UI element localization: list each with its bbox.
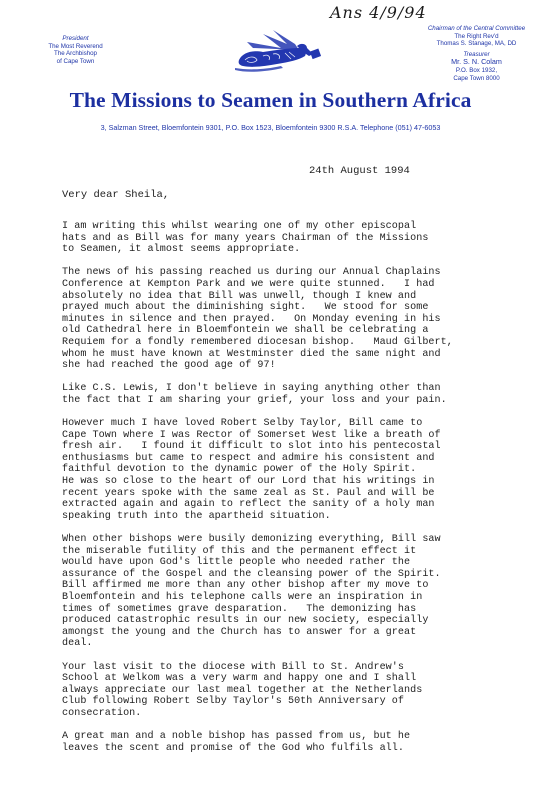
president-line: of Cape Town [38, 58, 113, 66]
paragraph: However much I have loved Robert Selby T… [62, 418, 532, 522]
paragraph: Your last visit to the diocese with Bill… [62, 662, 532, 720]
flying-angel-logo-icon [233, 26, 325, 74]
paragraph: I am writing this whilst wearing one of … [62, 221, 532, 256]
letter-date: 24th August 1994 [309, 165, 410, 177]
president-info: President The Most Reverend The Archbish… [38, 35, 113, 65]
chairman-line: Thomas S. Stanage, MA, DD [424, 40, 529, 48]
treasurer-name: Mr. S. N. Colam [424, 58, 529, 67]
paragraph: When other bishops were busily demonizin… [62, 534, 532, 650]
treasurer-line: P.O. Box 1932, [424, 67, 529, 75]
chairman-line: The Right Rev'd [424, 33, 529, 41]
salutation: Very dear Sheila, [62, 189, 169, 201]
president-line: The Archbishop [38, 50, 113, 58]
handwritten-note: Ans 4/9/94 [330, 3, 427, 22]
chairman-role: Chairman of the Central Committee [424, 25, 529, 33]
organization-title: The Missions to Seamen in Southern Afric… [0, 88, 541, 113]
paragraph: The news of his passing reached us durin… [62, 267, 532, 371]
paragraph: A great man and a noble bishop has passe… [62, 731, 532, 754]
organization-address: 3, Salzman Street, Bloemfontein 9301, P.… [0, 123, 541, 132]
letter-body: I am writing this whilst wearing one of … [62, 221, 532, 766]
committee-info: Chairman of the Central Committee The Ri… [424, 25, 529, 82]
treasurer-line: Cape Town 8000 [424, 75, 529, 83]
president-line: The Most Reverend [38, 43, 113, 51]
paragraph: Like C.S. Lewis, I don't believe in sayi… [62, 383, 532, 406]
president-role: President [38, 35, 113, 43]
